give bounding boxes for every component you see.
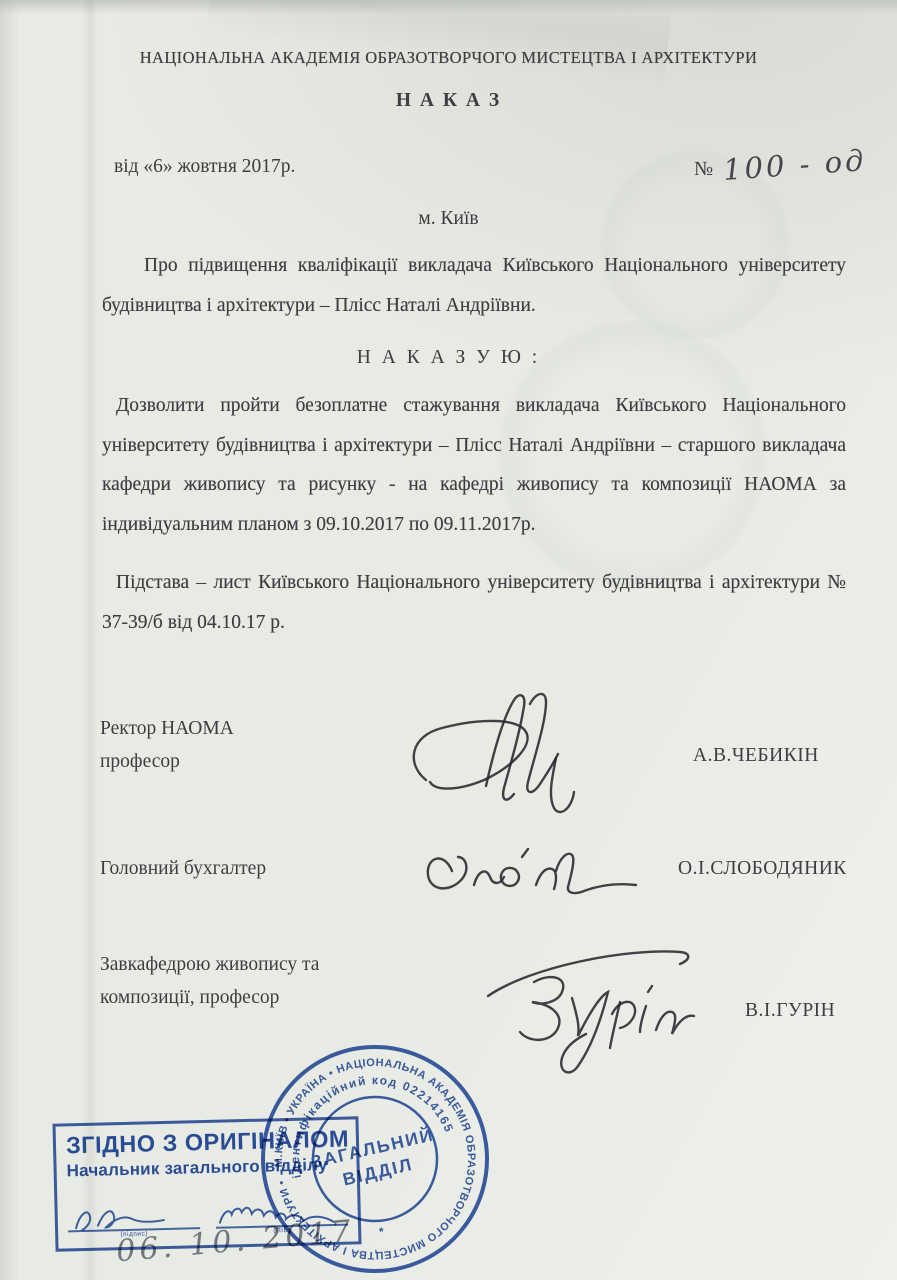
organization-name: НАЦІОНАЛЬНА АКАДЕМІЯ ОБРАЗОТВОРЧОГО МИСТ… xyxy=(0,48,897,68)
order-number: № 100 - од xyxy=(694,148,867,182)
signatory-name: О.І.СЛОБОДЯНИК xyxy=(678,858,847,880)
seal-separator-star: * xyxy=(378,1225,384,1239)
rector-signature xyxy=(402,688,622,818)
signatory-name: В.І.ГУРІН xyxy=(745,1000,835,1022)
paper-crease-vertical xyxy=(82,0,98,1280)
order-number-label: № xyxy=(694,158,713,181)
signatory-title-chief-accountant: Головний бухгалтер xyxy=(100,852,266,885)
subject-paragraph: Про підвищення кваліфікації викладача Ки… xyxy=(102,246,846,326)
basis-paragraph: Підстава – лист Київського Національного… xyxy=(102,563,846,643)
paper-crease-diagonal xyxy=(206,0,673,86)
order-date: від «6» жовтня 2017р. xyxy=(114,156,295,178)
command-heading: Н А К А З У Ю : xyxy=(0,347,897,369)
document-type-heading: Н А К А З xyxy=(0,90,897,112)
certification-stamp-title: ЗГІДНО З ОРИГІНАЛОМ xyxy=(66,1125,357,1159)
certification-stamp-subtitle: Начальник загального відділу xyxy=(66,1154,356,1181)
signatory-title-rector: Ректор НАОМА професор xyxy=(100,712,234,778)
signatory-title-line: Ректор НАОМА xyxy=(100,712,234,745)
order-body-paragraph: Дозволити пройти безоплатне стажування в… xyxy=(102,386,846,544)
city-line: м. Київ xyxy=(0,208,897,230)
signatory-title-line: професор xyxy=(100,745,234,778)
order-number-handwritten-value: 100 - од xyxy=(722,143,867,187)
signatory-title-line: Головний бухгалтер xyxy=(100,852,266,885)
signatory-title-line: Завкафедрою живопису та xyxy=(100,948,319,981)
scanned-order-document: НАЦІОНАЛЬНА АКАДЕМІЯ ОБРАЗОТВОРЧОГО МИСТ… xyxy=(0,0,897,1280)
signatory-name: А.В.ЧЕБИКІН xyxy=(693,745,819,767)
department-head-signature xyxy=(468,938,718,1088)
accountant-signature xyxy=(418,835,648,915)
certification-signature-line: (підпис) xyxy=(67,1197,200,1232)
signatory-title-line: композиції, професор xyxy=(100,981,319,1014)
signatory-title-department-head: Завкафедрою живопису та композиції, проф… xyxy=(100,948,319,1014)
